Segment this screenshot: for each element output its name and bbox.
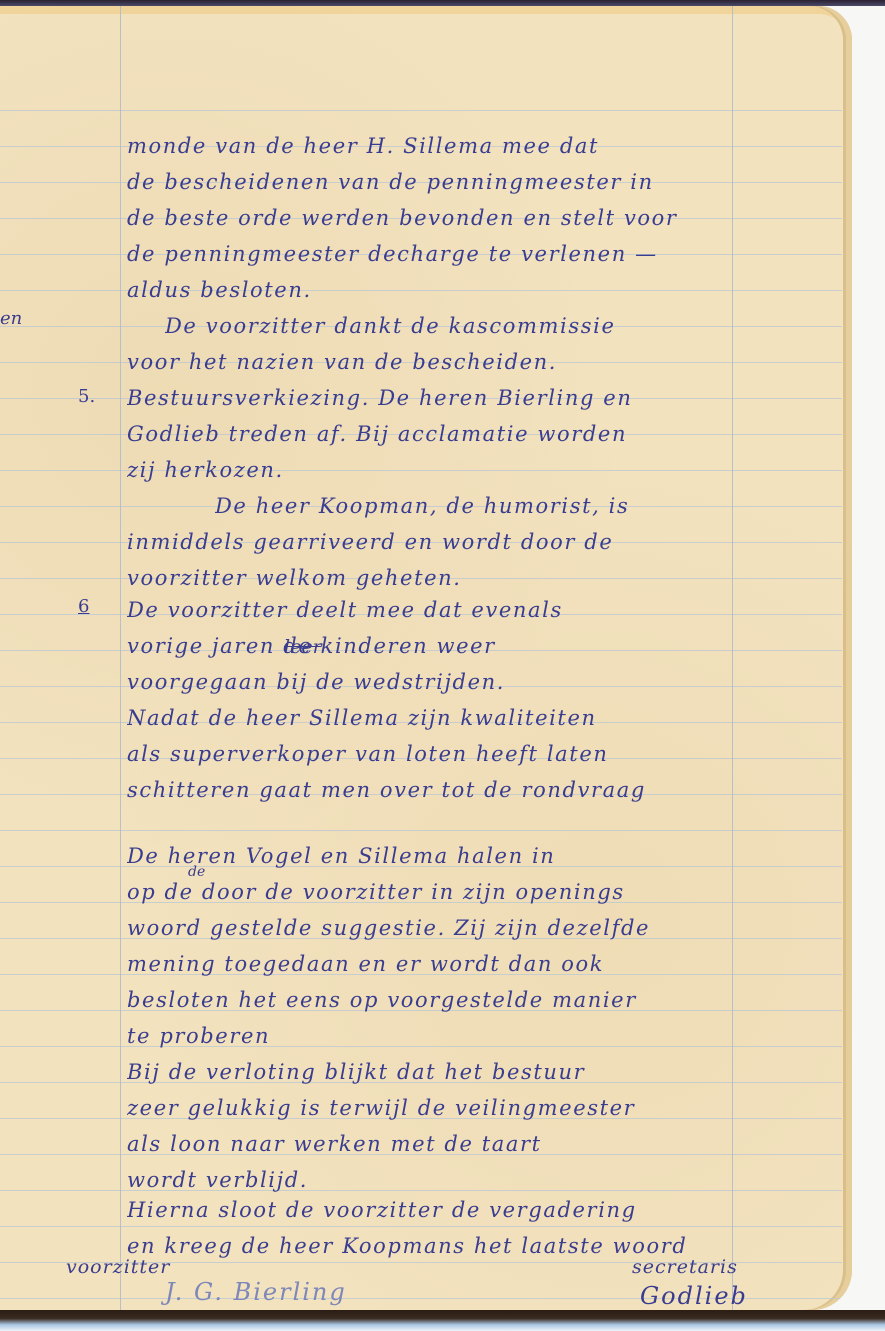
text-line: op de door de voorzitter in zijn opening…: [127, 874, 837, 910]
secretary-label: secretaris: [632, 1256, 738, 1278]
text-line: Nadat de heer Sillema zijn kwaliteiten: [127, 700, 837, 736]
text-line: mening toegedaan en er wordt dan ook: [127, 946, 837, 982]
text-line: De heer Koopman, de humorist, is: [215, 488, 852, 524]
text-line: besloten het eens op voorgestelde manier: [127, 982, 837, 1018]
scan-bottom-edge: [0, 1310, 885, 1331]
struck-word: leer: [284, 636, 322, 658]
text-line: zij herkozen.: [127, 452, 837, 488]
margin-fragment: en: [0, 308, 22, 329]
text-line: voorzitter welkom geheten.: [127, 560, 837, 596]
text-line: De heren Vogel en Sillema halen in: [127, 838, 837, 874]
text-line: woord gestelde suggestie. Zij zijn dezel…: [127, 910, 837, 946]
text-line: voorgegaan bij de wedstrijden.: [127, 664, 837, 700]
text-line: aldus besloten.: [127, 272, 837, 308]
notebook-page: en monde van de heer H. Sillema mee dat …: [0, 6, 852, 1310]
item-number: 5.: [78, 386, 95, 407]
text-line: de penningmeester decharge te verlenen —: [127, 236, 837, 272]
text-line: Godlieb treden af. Bij acclamatie worden: [127, 416, 837, 452]
text-line: schitteren gaat men over tot de rondvraa…: [127, 772, 837, 808]
text-line: Bestuursverkiezing. De heren Bierling en: [127, 380, 837, 416]
text-line: Hierna sloot de voorzitter de vergaderin…: [127, 1192, 837, 1228]
text-line: de bescheidenen van de penningmeester in: [127, 164, 837, 200]
text-line: voor het nazien van de bescheiden.: [127, 344, 837, 380]
left-margin-line: [120, 6, 121, 1310]
text-line: zeer gelukkig is terwijl de veilingmeest…: [127, 1090, 837, 1126]
text-line: inmiddels gearriveerd en wordt door de: [127, 524, 837, 560]
text-line: De voorzitter deelt mee dat evenals: [127, 592, 837, 628]
text-line: vorige jaren de kinderen weer: [127, 628, 837, 664]
chairman-label: voorzitter: [66, 1256, 170, 1278]
text-line: als superverkoper van loten heeft laten: [127, 736, 837, 772]
text-line: monde van de heer H. Sillema mee dat: [127, 128, 837, 164]
chairman-signature: J. G. Bierling: [165, 1278, 347, 1306]
text-line: te proberen: [127, 1018, 837, 1054]
ruled-line: [0, 830, 842, 831]
secretary-signature: Godlieb: [640, 1282, 748, 1310]
item-number: 6: [78, 596, 89, 617]
ruled-line: [0, 110, 842, 111]
text-line: Bij de verloting blijkt dat het bestuur: [127, 1054, 837, 1090]
text-line: de beste orde werden bevonden en stelt v…: [127, 200, 837, 236]
text-line: als loon naar werken met de taart: [127, 1126, 837, 1162]
text-line: De voorzitter dankt de kascommissie: [165, 308, 852, 344]
